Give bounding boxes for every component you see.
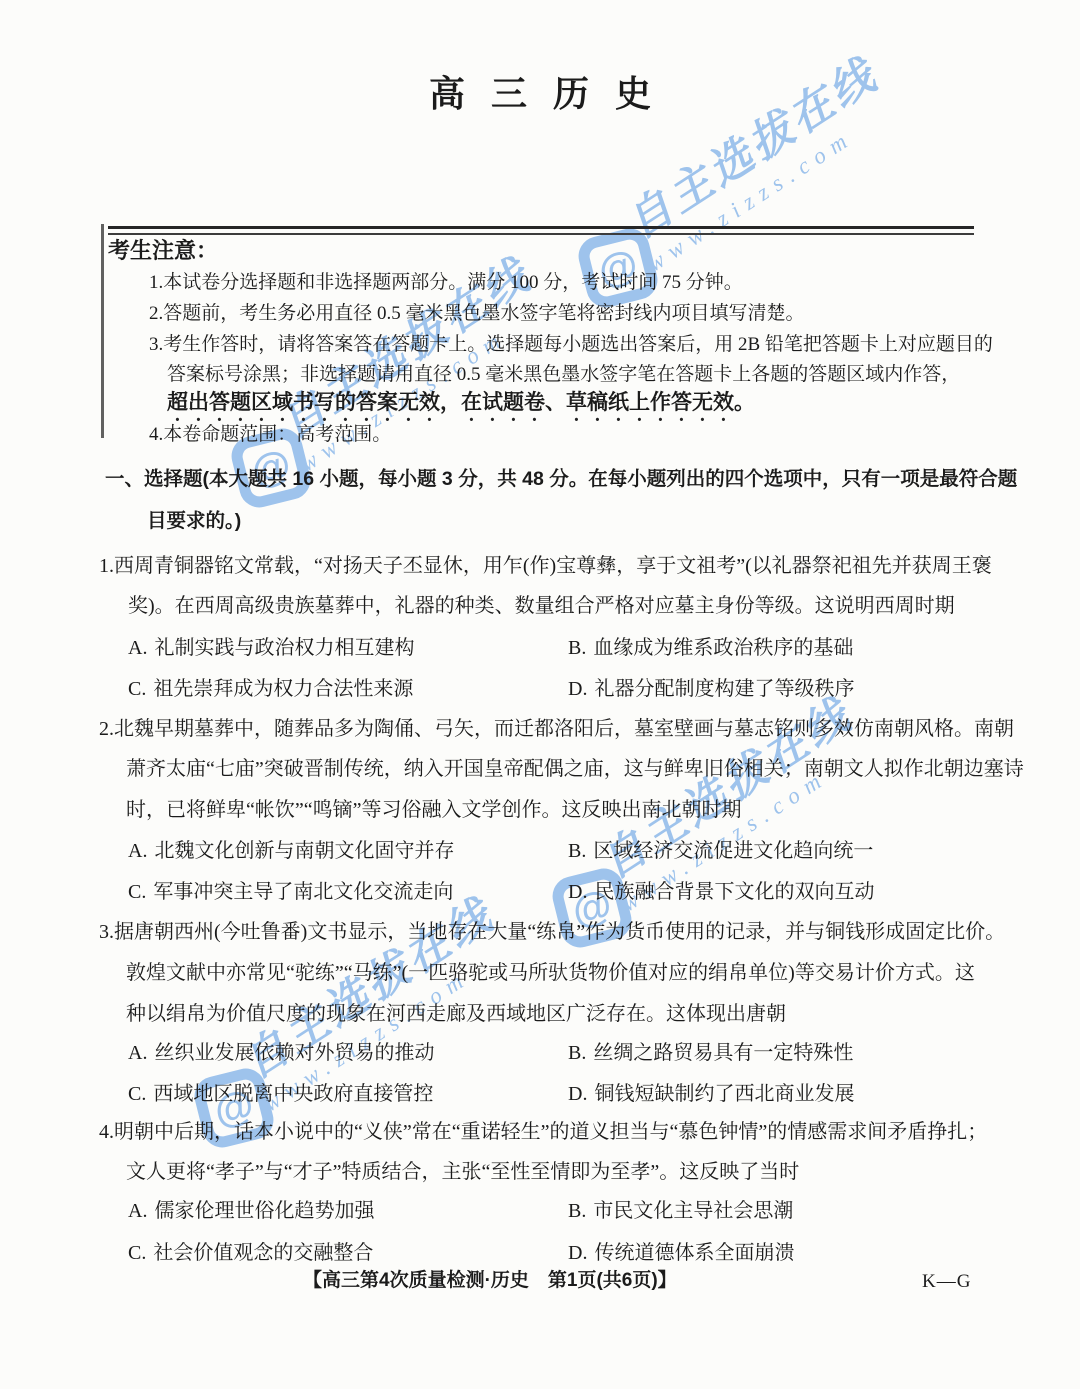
notice-heading: 考生注意： xyxy=(108,238,218,264)
option-label: B. xyxy=(568,1200,586,1222)
notice-item-2: 2.答题前，考生务必用直径 0.5 毫米黑色墨水签字笔将密封线内项目填写清楚。 xyxy=(149,303,805,326)
option-text: 社会价值观念的交融整合 xyxy=(153,1242,373,1264)
option-label: C. xyxy=(128,881,146,903)
q3-stem-line-1: 3.据唐朝西州(今吐鲁番)文书显示，当地存在大量“练帛”作为货币使用的记录，并与… xyxy=(99,920,1005,944)
option-text: 血缘成为维系政治秩序的基础 xyxy=(593,637,853,659)
q3-stem-line-3: 种以绢帛为价值尺度的现象在河西走廊及西域地区广泛存在。这体现出唐朝 xyxy=(126,1002,786,1026)
option-text: 传统道德体系全面崩溃 xyxy=(594,1242,794,1264)
option-label: D. xyxy=(568,1242,587,1264)
q4-option-d: D.传统道德体系全面崩溃 xyxy=(568,1241,794,1265)
q2-stem-line-2: 萧齐太庙“七庙”突破晋制传统，纳入开国皇帝配偶之庙，这与鲜卑旧俗相关；南朝文人拟… xyxy=(126,757,1024,781)
option-label: C. xyxy=(128,1083,146,1105)
option-text: 丝织业发展依赖对外贸易的推动 xyxy=(154,1042,434,1064)
option-label: C. xyxy=(128,678,146,700)
section-header-line-1: 一、选择题(本大题共 16 小题，每小题 3 分，共 48 分。在每小题列出的四… xyxy=(105,468,1017,491)
q1-option-d: D.礼器分配制度构建了等级秩序 xyxy=(568,677,854,701)
option-text: 儒家伦理世俗化趋势加强 xyxy=(154,1200,374,1222)
option-text: 军事冲突主导了南北文化交流走向 xyxy=(153,881,453,903)
q2-option-b: B.区域经济交流促进文化趋向统一 xyxy=(568,839,873,863)
option-label: D. xyxy=(568,881,587,903)
option-label: D. xyxy=(568,1083,587,1105)
notice-item-4: 4.本卷命题范围：高考范围。 xyxy=(149,424,391,447)
q1-stem-line-1: 1.西周青铜器铭文常载，“对扬天子丕显休，用乍(作)宝尊彝，享于文祖考”(以礼器… xyxy=(99,554,992,578)
page-footer: 【高三第4次质量检测·历史 第1页(共6页)】 xyxy=(303,1270,677,1293)
watermark-url-text: www.zizzs.com xyxy=(643,95,904,277)
option-label: D. xyxy=(568,678,587,700)
option-text: 北魏文化创新与南朝文化固守并存 xyxy=(154,840,454,862)
watermark-text-block: 自主选拔在线 www.zizzs.com xyxy=(228,880,520,1114)
notice-item-3-line-1: 3.考生作答时，请将答案答在答题卡上。选择题每小题选出答案后，用 2B 铅笔把答… xyxy=(149,334,993,357)
section-header-line-2: 目要求的。) xyxy=(147,510,241,533)
option-label: A. xyxy=(128,840,147,862)
option-text: 市民文化主导社会思潮 xyxy=(593,1200,793,1222)
option-text: 礼器分配制度构建了等级秩序 xyxy=(594,678,854,700)
q1-option-a: A.礼制实践与政治权力相互建构 xyxy=(128,636,414,660)
watermark: @ 自主选拔在线 www.zizzs.com xyxy=(198,912,528,1144)
q4-option-b: B.市民文化主导社会思潮 xyxy=(568,1199,793,1223)
q2-stem-line-3: 时，已将鲜卑“帐饮”“鸣镝”等习俗融入文学创作。这反映出南北朝时期 xyxy=(126,798,742,822)
q4-stem-line-2: 文人更将“孝子”与“才子”特质结合，主张“至性至情即为至孝”。这反映了当时 xyxy=(126,1160,799,1184)
q2-stem-line-1: 2.北魏早期墓葬中，随葬品多为陶俑、弓矢，而迁都洛阳后，墓室壁画与墓志铭则多效仿… xyxy=(99,717,1014,741)
q3-option-a: A.丝织业发展依赖对外贸易的推动 xyxy=(128,1041,434,1065)
option-label: B. xyxy=(568,1042,586,1064)
footer-code: K—G xyxy=(922,1271,971,1294)
q3-option-c: C.西域地区脱离中央政府直接管控 xyxy=(128,1082,433,1106)
q2-option-a: A.北魏文化创新与南朝文化固守并存 xyxy=(128,839,454,863)
exam-page: @ 自主选拔在线 www.zizzs.com @ 自主选拔在线 www.zizz… xyxy=(0,0,1080,1389)
q4-option-c: C.社会价值观念的交融整合 xyxy=(128,1241,373,1265)
q1-stem-line-2: 奖)。在西周高级贵族墓葬中，礼器的种类、数量组合严格对应墓主身份等级。这说明西周… xyxy=(128,594,955,618)
header-rule xyxy=(108,226,974,235)
q3-stem-line-2: 敦煌文献中亦常见“驼练”“马练”(一匹骆驼或马所驮货物价值对应的绢帛单位)等交易… xyxy=(126,961,975,985)
option-label: C. xyxy=(128,1242,146,1264)
q3-option-d: D.铜钱短缺制约了西北商业发展 xyxy=(568,1082,854,1106)
watermark-text-block: 自主选拔在线 www.zizzs.com xyxy=(586,680,878,914)
q4-stem-line-1: 4.明朝中后期，话本小说中的“义侠”常在“重诺轻生”的道义担当与“慕色钟情”的情… xyxy=(99,1120,987,1144)
watermark: @ 自主选拔在线 www.zizzs.com xyxy=(556,712,886,944)
option-label: A. xyxy=(128,1200,147,1222)
q3-option-b: B.丝绸之路贸易具有一定特殊性 xyxy=(568,1041,853,1065)
option-label: B. xyxy=(568,637,586,659)
q1-option-b: B.血缘成为维系政治秩序的基础 xyxy=(568,636,853,660)
q2-option-c: C.军事冲突主导了南北文化交流走向 xyxy=(128,880,453,904)
q1-option-c: C.祖先崇拜成为权力合法性来源 xyxy=(128,677,413,701)
option-text: 丝绸之路贸易具有一定特殊性 xyxy=(593,1042,853,1064)
notice-item-3-emphasis-line: 超出答题区域书写的答案无效，在试题卷、草稿纸上作答无效。 xyxy=(167,390,755,426)
q4-option-a: A.儒家伦理世俗化趋势加强 xyxy=(128,1199,374,1223)
option-text: 铜钱短缺制约了西北商业发展 xyxy=(594,1083,854,1105)
option-text: 区域经济交流促进文化趋向统一 xyxy=(593,840,873,862)
option-label: B. xyxy=(568,840,586,862)
notice-item-1: 1.本试卷分选择题和非选择题两部分。满分 100 分，考试时间 75 分钟。 xyxy=(149,272,743,295)
option-label: A. xyxy=(128,1042,147,1064)
option-text: 礼制实践与政治权力相互建构 xyxy=(154,637,414,659)
option-text: 祖先崇拜成为权力合法性来源 xyxy=(153,678,413,700)
watermark-logo-icon: @ xyxy=(574,224,661,311)
option-label: A. xyxy=(128,637,147,659)
q2-option-d: D.民族融合背景下文化的双向互动 xyxy=(568,880,874,904)
option-text: 西域地区脱离中央政府直接管控 xyxy=(153,1083,433,1105)
option-text: 民族融合背景下文化的双向互动 xyxy=(594,881,874,903)
header-rule-left-tick xyxy=(101,224,104,438)
notice-item-3-line-2: 答案标号涂黑；非选择题请用直径 0.5 毫米黑色墨水签字笔在答题卡上各题的答题区… xyxy=(167,364,960,387)
exam-title: 高三历史 xyxy=(0,66,1080,117)
